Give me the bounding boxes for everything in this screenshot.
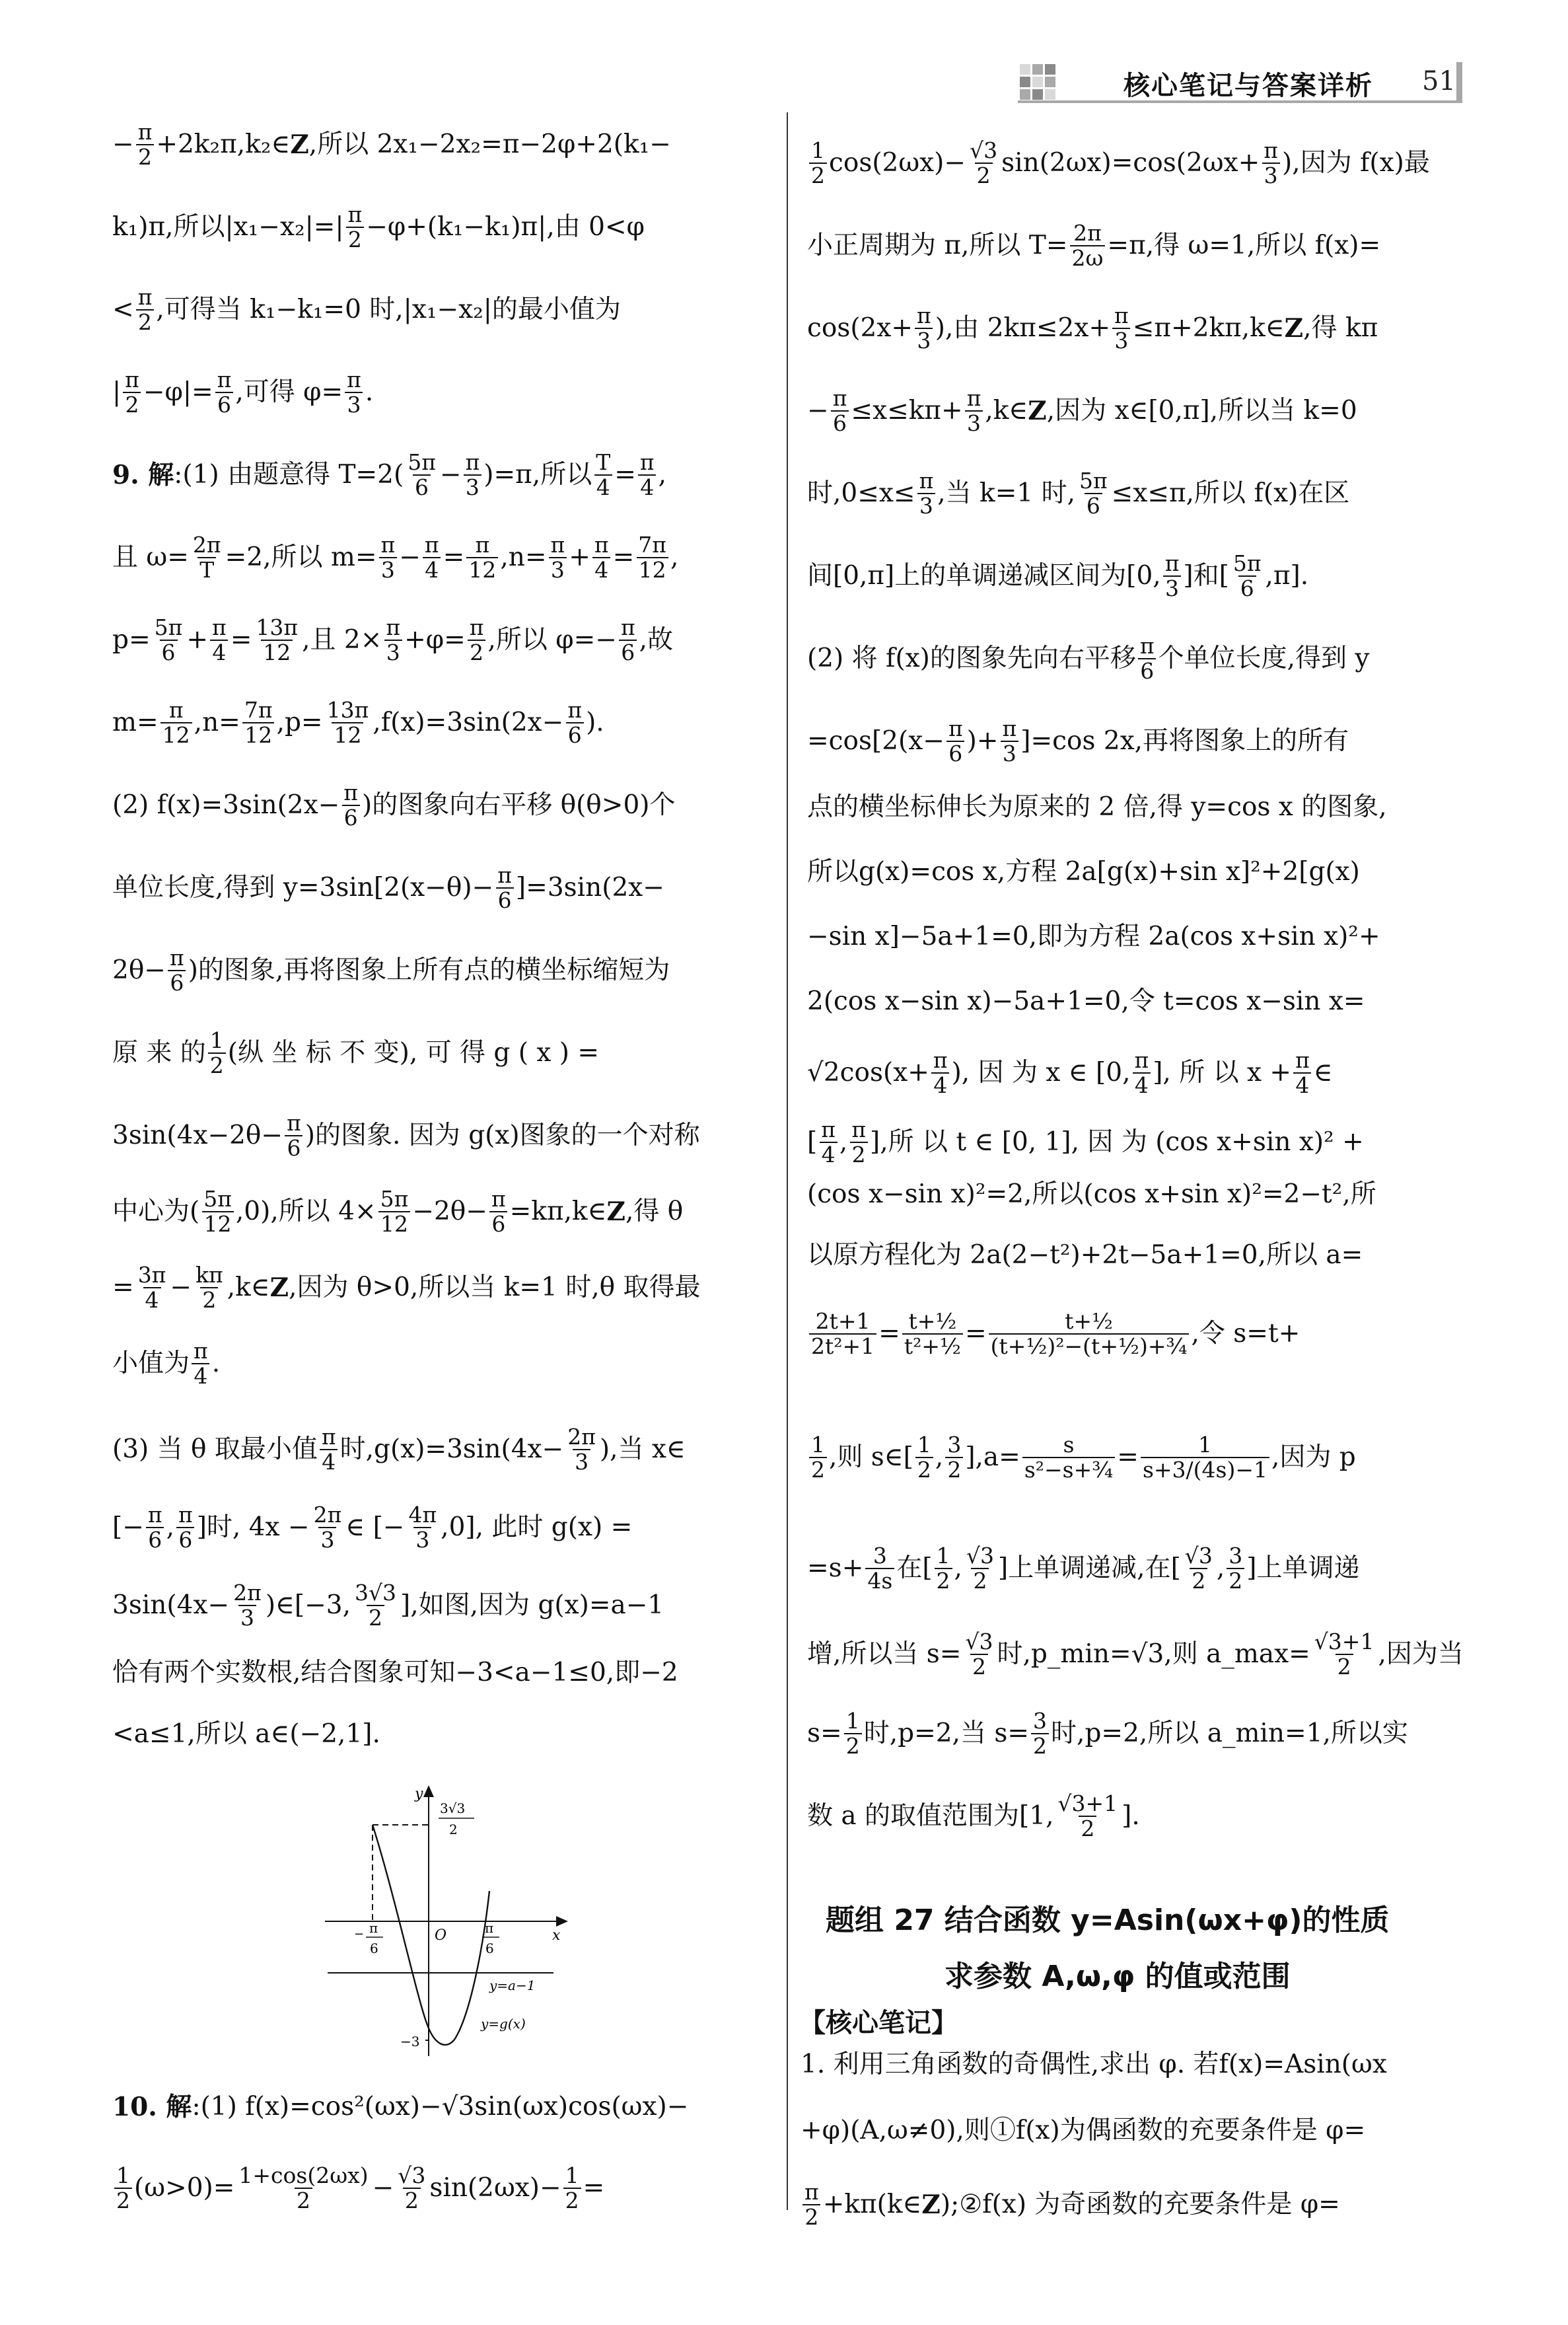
inline-text: ≤x≤kπ+	[851, 396, 962, 426]
fraction: 12	[844, 1709, 862, 1758]
numerator: π	[341, 781, 360, 805]
fraction: π6	[495, 864, 514, 912]
inline-text: )=π,所以	[483, 460, 592, 490]
fraction: π3	[1112, 304, 1131, 353]
denominator: 6	[1138, 658, 1156, 683]
denominator: 2	[1031, 1733, 1049, 1758]
numerator: π	[1163, 552, 1182, 575]
numerator: √3+1	[1312, 1630, 1376, 1654]
denominator: 2	[200, 1287, 218, 1312]
numerator: π	[915, 304, 933, 328]
fraction: π4	[638, 451, 657, 499]
decorative-square	[1045, 77, 1055, 87]
inline-text: ,所以 φ=−	[487, 625, 616, 655]
numerator: 2π	[191, 533, 223, 557]
fraction: π4	[192, 1339, 210, 1388]
bold-text: Z	[270, 1273, 289, 1303]
fraction: √32	[1183, 1544, 1215, 1593]
inline-text: ,因为当	[1378, 1639, 1463, 1670]
inline-text: =	[443, 542, 465, 573]
fraction: π6	[565, 698, 584, 747]
fraction: T4	[594, 451, 612, 499]
numerator: π	[285, 1111, 303, 1135]
numerator: 1	[809, 139, 827, 163]
inline-text: 所以g(x)=cos x,方程 2a[g(x)+sin x]²+2[g(x)	[807, 857, 1360, 887]
inline-text: 2θ−	[112, 955, 166, 986]
bold-text: Z	[1028, 396, 1046, 426]
inline-text: <a≤1,所以 a∈(−2,1].	[112, 1719, 380, 1750]
inline-text: 以原方程化为 2a(2−t²)+2t−5a+1=0,所以 a=	[807, 1240, 1363, 1271]
denominator: 4s	[865, 1568, 894, 1593]
inline-text: 3sin(4x−	[112, 1590, 229, 1621]
inline-text: .	[365, 377, 373, 408]
numerator: π	[1262, 139, 1280, 163]
inline-text: −φ|=	[143, 377, 213, 408]
inline-text: ,	[1217, 1553, 1225, 1584]
denominator: 6	[176, 1527, 194, 1552]
inline-text: 点的横坐标伸长为原来的 2 倍,得 y=cos x 的图象,	[807, 792, 1387, 823]
numerator: π	[146, 1503, 164, 1527]
inline-text: 2(cos x−sin x)−5a+1=0,令 t=cos x−sin x=	[807, 986, 1365, 1017]
inline-text: −2θ−	[412, 1197, 487, 1227]
text-line: 间[0,π]上的单调递减区间为[0,π3]和[5π6,π].	[807, 552, 1308, 601]
fraction: ss²−s+¾	[1022, 1433, 1115, 1482]
numerator: 7π	[636, 533, 668, 557]
inline-text: cos(2ωx)−	[829, 148, 966, 178]
text-line: 2θ−π6)的图象,再将图象上所有点的横坐标缩短为	[112, 946, 670, 995]
fraction: 12	[935, 1544, 952, 1593]
inline-text: −sin x]−5a+1=0,即为方程 2a(cos x+sin x)²+	[807, 922, 1380, 952]
inline-text: ], 所 以 x +	[1153, 1058, 1291, 1088]
inline-text: 小值为	[112, 1348, 190, 1379]
fraction: 12	[809, 1433, 827, 1482]
fraction: π6	[215, 368, 234, 417]
inline-text: )+	[967, 726, 999, 757]
text-line: 1. 利用三角函数的奇偶性,求出 φ. 若f(x)=Asin(ωx	[801, 2049, 1387, 2080]
numerator: π	[495, 864, 514, 887]
inline-text: 时,p=2,所以 a_min=1,所以实	[1051, 1718, 1408, 1749]
denominator: 4	[931, 1072, 949, 1097]
fraction: 5π6	[1077, 469, 1110, 518]
numerator: π	[565, 698, 584, 722]
fraction: π3	[965, 387, 983, 435]
denominator: 2	[114, 2188, 132, 2213]
fraction: √32	[396, 2164, 427, 2213]
bold-text: Z	[290, 129, 308, 160]
text-line: =3π4−kπ2,k∈Z,因为 θ>0,所以当 k=1 时,θ 取得最	[112, 1263, 701, 1312]
numerator: π	[123, 368, 141, 392]
numerator: π	[320, 1425, 338, 1449]
svg-text:y=g(x): y=g(x)	[480, 2016, 526, 2032]
fraction: π3	[464, 451, 482, 499]
denominator: 2	[136, 309, 154, 334]
denominator: 2	[123, 392, 141, 417]
denominator: 2	[468, 640, 485, 665]
inline-text: ]上单调递	[1246, 1553, 1359, 1584]
text-line: (2) 将 f(x)的图象先向右平移π6个单位长度,得到 y	[807, 634, 1369, 683]
denominator: 12	[378, 1211, 410, 1236]
numerator: 2π	[312, 1503, 344, 1527]
inline-text: (cos x−sin x)²=2,所以(cos x+sin x)²=2−t²,所	[807, 1179, 1376, 1210]
inline-text: ]=3sin(2x−	[516, 873, 664, 903]
numerator: 3	[1227, 1544, 1244, 1568]
inline-text: cos(2x+	[807, 313, 913, 344]
fraction: 12	[809, 139, 827, 188]
numerator: 3π	[136, 1263, 168, 1287]
page-number: 51	[1422, 66, 1456, 96]
numerator: π	[1132, 1049, 1151, 1072]
numerator: s	[1061, 1433, 1077, 1457]
fraction: π3	[379, 533, 398, 582]
inline-text: =	[614, 460, 636, 490]
denominator: 3	[965, 410, 983, 435]
inline-text: ]时, 4x −	[197, 1512, 310, 1543]
numerator: π	[946, 717, 965, 741]
denominator: 3	[345, 392, 363, 417]
inline-text: =kπ,k∈	[510, 1197, 607, 1227]
decorative-square	[1032, 64, 1043, 75]
numerator: 1	[809, 1433, 827, 1457]
fraction: π4	[320, 1425, 338, 1474]
decorative-square	[1045, 89, 1055, 100]
inline-text: ],如图,因为 g(x)=a−1	[400, 1590, 664, 1621]
denominator: 3	[1112, 328, 1130, 353]
numerator: π	[931, 1049, 950, 1072]
numerator: 1+cos(2ωx)	[236, 2164, 370, 2188]
inline-text: ,得 kπ	[1303, 313, 1378, 344]
text-line: 12(ω>0)=1+cos(2ωx)2−√32sin(2ωx)−12=	[112, 2164, 604, 2213]
numerator: 3	[1031, 1709, 1049, 1733]
fraction: 5π12	[378, 1187, 411, 1236]
text-line: 12,则 s∈[12,32],a=ss²−s+¾=1s+3/(4s)−1,因为 …	[807, 1433, 1356, 1482]
fraction: π6	[1138, 634, 1157, 683]
denominator: 2t²+1	[809, 1333, 876, 1358]
fraction: π6	[285, 1111, 303, 1160]
numerator: π	[1112, 304, 1131, 328]
fraction: π4	[1132, 1049, 1151, 1097]
numerator: π	[168, 946, 186, 970]
text-line: 以原方程化为 2a(2−t²)+2t−5a+1=0,所以 a=	[807, 1240, 1363, 1271]
inline-text: 1. 利用三角函数的奇偶性,求出 φ. 若f(x)=Asin(ωx	[801, 2049, 1387, 2080]
inline-text: ],a=	[965, 1442, 1020, 1473]
fraction: 3π4	[136, 1263, 168, 1312]
inline-text: ,故	[639, 625, 673, 655]
inline-text: ,因为 θ>0,所以当 k=1 时,θ 取得最	[289, 1273, 700, 1303]
denominator: 2	[1079, 1816, 1096, 1841]
fraction: π4	[1293, 1049, 1312, 1097]
denominator: 2	[935, 1568, 952, 1593]
denominator: 3	[917, 493, 935, 518]
numerator: π	[473, 533, 491, 557]
denominator: 4	[1293, 1072, 1311, 1097]
inline-text: )的图象向右平移 θ(θ>0)个	[362, 790, 676, 821]
numerator: 1	[935, 1544, 952, 1568]
inline-text: ,	[839, 1127, 847, 1158]
numerator: T	[594, 451, 612, 474]
inline-text: 中心为(	[112, 1197, 199, 1227]
numerator: 13π	[254, 616, 300, 640]
fraction: 7π12	[636, 533, 668, 582]
fraction: 3√32	[353, 1581, 398, 1630]
denominator: (t+½)²−(t+½)+¾	[989, 1333, 1190, 1358]
fraction: 34s	[865, 1544, 894, 1593]
text-line: s=12时,p=2,当 s=32时,p=2,所以 a_min=1,所以实	[807, 1709, 1408, 1758]
denominator: 12	[261, 640, 293, 665]
inline-text: );②f(x) 为奇函数的充要条件是 φ=	[941, 2190, 1340, 2220]
denominator: 2	[915, 1457, 933, 1482]
numerator: √3	[964, 1630, 995, 1654]
denominator: 3	[549, 557, 567, 582]
core-notes-label: 【核心笔记】	[799, 2002, 958, 2040]
denominator: 12	[637, 557, 668, 582]
text-line: 单位长度,得到 y=3sin[2(x−θ)−π6]=3sin(2x−	[112, 864, 664, 912]
inline-text: sin(2ωx)=cos(2ωx+	[1001, 148, 1260, 178]
inline-text: =2,所以 m=	[225, 542, 377, 573]
text-line: <a≤1,所以 a∈(−2,1].	[112, 1719, 380, 1750]
fraction: 5π6	[153, 616, 185, 665]
inline-text: −	[170, 1273, 192, 1303]
text-line: 且 ω=2πT=2,所以 m=π3−π4=π12,n=π3+π4=7π12,	[112, 533, 678, 582]
text-line: (cos x−sin x)²=2,所以(cos x+sin x)²=2−t²,所	[807, 1179, 1376, 1210]
inline-text: +2k₂π,k₂∈	[156, 129, 290, 160]
denominator: 3	[573, 1449, 590, 1474]
text-line: 12cos(2ωx)−√32sin(2ωx)=cos(2ωx+π3),因为 f(…	[807, 139, 1430, 188]
fraction: 5π6	[406, 451, 438, 499]
fraction: π6	[831, 387, 849, 435]
fraction: π3	[384, 616, 402, 665]
denominator: 2	[1336, 1654, 1353, 1679]
inline-text: 单位长度,得到 y=3sin[2(x−θ)−	[112, 873, 493, 903]
denominator: 3	[1001, 741, 1018, 766]
numerator: t+½	[906, 1310, 958, 1333]
inline-text: =	[613, 542, 635, 573]
inline-text: =	[965, 1319, 987, 1349]
denominator: 6	[342, 805, 360, 830]
text-line: 恰有两个实数根,结合图象可知−3<a−1≤0,即−2	[112, 1658, 678, 1688]
bold-text: Z	[1285, 313, 1303, 344]
denominator: 6	[566, 722, 584, 747]
inline-text: :(1) f(x)=cos²(ωx)−√3sin(ωx)cos(ωx)−	[192, 2092, 688, 2122]
fraction: kπ2	[194, 1263, 225, 1312]
denominator: 2	[295, 2188, 312, 2213]
text-line: +φ)(A,ω≠0),则①f(x)为偶函数的充要条件是 φ=	[801, 2116, 1365, 2146]
fraction: π3	[915, 304, 933, 353]
denominator: 12	[332, 722, 363, 747]
header-underline	[1018, 100, 1462, 103]
fraction: π6	[341, 781, 360, 830]
denominator: 4	[192, 1363, 209, 1388]
inline-text: ,可得当 k₁−k₁=0 时,|x₁−x₂|的最小值为	[156, 295, 621, 325]
fraction: √32	[964, 1630, 995, 1679]
inline-text: 增,所以当 s=	[807, 1639, 962, 1670]
numerator: 2π	[1071, 221, 1104, 245]
text-line: =cos[2(x−π6)+π3]=cos 2x,再将图象上的所有	[807, 717, 1349, 766]
inline-text: 在[	[896, 1553, 932, 1584]
denominator: 12	[202, 1211, 234, 1236]
text-line: 2(cos x−sin x)−5a+1=0,令 t=cos x−sin x=	[807, 986, 1365, 1017]
bold-text: Z	[607, 1197, 625, 1227]
inline-text: ]和[	[1183, 561, 1229, 591]
text-line: 3sin(4x−2θ−π6)的图象. 因为 g(x)图象的一个对称	[112, 1111, 700, 1160]
inline-text: ),当 x∈	[600, 1434, 686, 1465]
fraction: 2π3	[231, 1581, 264, 1630]
numerator: π	[638, 451, 657, 474]
inline-text: ,p=	[277, 708, 323, 738]
svg-text:2: 2	[449, 1822, 458, 1837]
decorative-square	[1032, 89, 1043, 100]
decorative-square	[1032, 77, 1043, 87]
inline-text: ,且 2×	[302, 625, 382, 655]
fraction: π2	[123, 368, 141, 417]
numerator: 1	[1196, 1433, 1214, 1457]
inline-text: =	[583, 2173, 605, 2203]
svg-text:y=a−1: y=a−1	[489, 1977, 535, 1993]
fraction: π2	[136, 120, 155, 169]
inline-text: =	[878, 1319, 900, 1349]
fraction: 5π6	[1231, 552, 1264, 601]
inline-text: ,k∈	[227, 1273, 270, 1303]
column-divider	[787, 112, 788, 2210]
denominator: 12	[242, 722, 274, 747]
denominator: 4	[143, 1287, 161, 1312]
text-line: 数 a 的取值范围为[1,√3+12].	[807, 1792, 1140, 1841]
denominator: 12	[466, 557, 498, 582]
denominator: 3	[915, 328, 933, 353]
denominator: 6	[946, 741, 964, 766]
text-line: [−π6,π6]时, 4x − 2π3 ∈ [−4π3,0], 此时 g(x) …	[112, 1503, 632, 1552]
fraction: π2	[849, 1118, 868, 1167]
fraction: t+½(t+½)²−(t+½)+¾	[989, 1310, 1190, 1358]
denominator: 6	[831, 410, 849, 435]
inline-text: (ω>0)=	[134, 2173, 234, 2203]
inline-text: ∈ [−	[345, 1512, 404, 1543]
inline-text: .	[212, 1348, 220, 1379]
inline-text: 时,g(x)=3sin(4x−	[340, 1434, 564, 1465]
fraction: √3+12	[1312, 1630, 1376, 1679]
numerator: π	[831, 387, 849, 410]
denominator: 12	[160, 722, 192, 747]
denominator: 4	[320, 1449, 338, 1474]
denominator: 2	[1190, 1568, 1207, 1593]
text-line: −π6≤x≤kπ+π3,k∈Z,因为 x∈[0,π],所以当 k=0	[807, 387, 1357, 435]
inline-text: ,	[166, 1512, 174, 1543]
numerator: 4π	[406, 1503, 439, 1527]
text-line: 时,0≤x≤π3,当 k=1 时,5π6≤x≤π,所以 f(x)在区	[807, 469, 1349, 518]
denominator: 6	[489, 1211, 507, 1236]
numerator: 5π	[378, 1187, 411, 1211]
numerator: √3	[396, 2164, 427, 2188]
fraction: √3+12	[1055, 1792, 1120, 1841]
denominator: 6	[168, 970, 186, 995]
denominator: 3	[464, 474, 481, 499]
denominator: 3	[1262, 163, 1280, 188]
fraction: π3	[917, 469, 936, 518]
svg-text:x: x	[552, 1927, 561, 1944]
fraction: 2πT	[191, 533, 223, 582]
text-line: p=5π6+π4=13π12,且 2×π3+φ=π2,所以 φ=−π6,故	[112, 616, 673, 665]
numerator: π	[192, 1339, 210, 1363]
fraction: 2t+12t²+1	[809, 1310, 876, 1358]
svg-text:y: y	[414, 1786, 423, 1802]
denominator: s+3/(4s)−1	[1141, 1457, 1269, 1482]
text-line: −sin x]−5a+1=0,即为方程 2a(cos x+sin x)²+	[807, 922, 1380, 952]
fraction: π6	[146, 1503, 164, 1552]
inline-text: (3) 当 θ 取最小值	[112, 1434, 318, 1465]
fraction: π12	[160, 698, 192, 747]
denominator: 6	[619, 640, 637, 665]
fraction: π3	[345, 368, 363, 417]
inline-text: ,0),所以 4×	[236, 1197, 376, 1227]
fraction: 5π12	[201, 1187, 234, 1236]
inline-text: 数 a 的取值范围为[1,	[807, 1801, 1053, 1831]
svg-text:−3: −3	[400, 2034, 419, 2049]
decorative-square	[1020, 77, 1030, 87]
inline-text: s=	[807, 1718, 842, 1749]
inline-text: =	[112, 1273, 134, 1303]
fraction: 13π12	[325, 698, 371, 747]
inline-text: 时,0≤x≤	[807, 478, 915, 509]
numerator: 1	[844, 1709, 862, 1733]
denominator: 2	[208, 1052, 226, 1078]
denominator: 2	[945, 1457, 963, 1482]
inline-text: =	[231, 625, 252, 655]
numerator: √3	[1183, 1544, 1215, 1568]
inline-text: <	[112, 295, 134, 325]
numerator: π	[345, 368, 363, 392]
numerator: π	[1138, 634, 1157, 658]
denominator: 3	[379, 557, 397, 582]
text-line: −π2+2k₂π,k₂∈Z,所以 2x₁−2x₂=π−2φ+2(k₁−	[112, 120, 671, 169]
numerator: √3+1	[1055, 1792, 1120, 1816]
fraction: π2	[468, 616, 486, 665]
svg-text:−: −	[354, 1927, 364, 1941]
fraction: t+½t²+½	[902, 1310, 963, 1358]
text-line: (3) 当 θ 取最小值π4时,g(x)=3sin(4x−2π3),当 x∈	[112, 1425, 686, 1474]
text-line: 小正周期为 π,所以 T=2π2ω=π,得 ω=1,所以 f(x)=	[807, 221, 1380, 270]
fraction: π4	[210, 616, 229, 665]
inline-text: 个单位长度,得到 y	[1158, 644, 1370, 674]
inline-text: ,则 s∈[	[829, 1442, 913, 1473]
denominator: 6	[146, 1527, 164, 1552]
text-line: =s+34s在[12,√32]上单调递减,在[√32,32]上单调递	[807, 1544, 1359, 1593]
fraction: 32	[1227, 1544, 1244, 1593]
inline-text: p=	[112, 625, 151, 655]
inline-text: ]=cos 2x,再将图象上的所有	[1020, 726, 1349, 757]
fraction: 7π12	[242, 698, 275, 747]
fraction: 2π2ω	[1070, 221, 1106, 270]
inline-text: ).	[586, 708, 604, 738]
denominator: 6	[413, 474, 431, 499]
denominator: 4	[592, 557, 610, 582]
text-line: √2cos(x+π4), 因 为 x ∈ [0,π4], 所 以 x + π4 …	[807, 1049, 1333, 1097]
inline-text: ,	[670, 542, 678, 573]
curve-g	[373, 1825, 489, 2045]
text-line: [π4,π2],所 以 t ∈ [0, 1], 因 为 (cos x+sin x…	[807, 1118, 1364, 1167]
inline-text: +φ=	[404, 625, 466, 655]
text-line: 中心为(5π12,0),所以 4×5π12−2θ−π6=kπ,k∈Z,得 θ	[112, 1187, 683, 1236]
text-line: cos(2x+π3),由 2kπ≤2x+π3≤π+2kπ,k∈Z,得 kπ	[807, 304, 1378, 353]
denominator: 2	[844, 1733, 862, 1758]
fraction: π3	[1163, 552, 1182, 601]
inline-text: (纵 坐 标 不 变), 可 得 g ( x ) =	[228, 1038, 599, 1068]
numerator: π	[489, 1187, 508, 1211]
inline-text: +	[186, 625, 208, 655]
inline-text: ,n=	[500, 542, 546, 573]
text-line: k₁)π,所以|x₁−x₂|=|π2−φ+(k₁−k₁)π|,由 0<φ	[112, 203, 645, 252]
inline-text: ,可得 φ=	[235, 377, 343, 408]
inline-text: −	[373, 2173, 394, 2203]
inline-text: ,令 s=t+	[1191, 1319, 1300, 1349]
